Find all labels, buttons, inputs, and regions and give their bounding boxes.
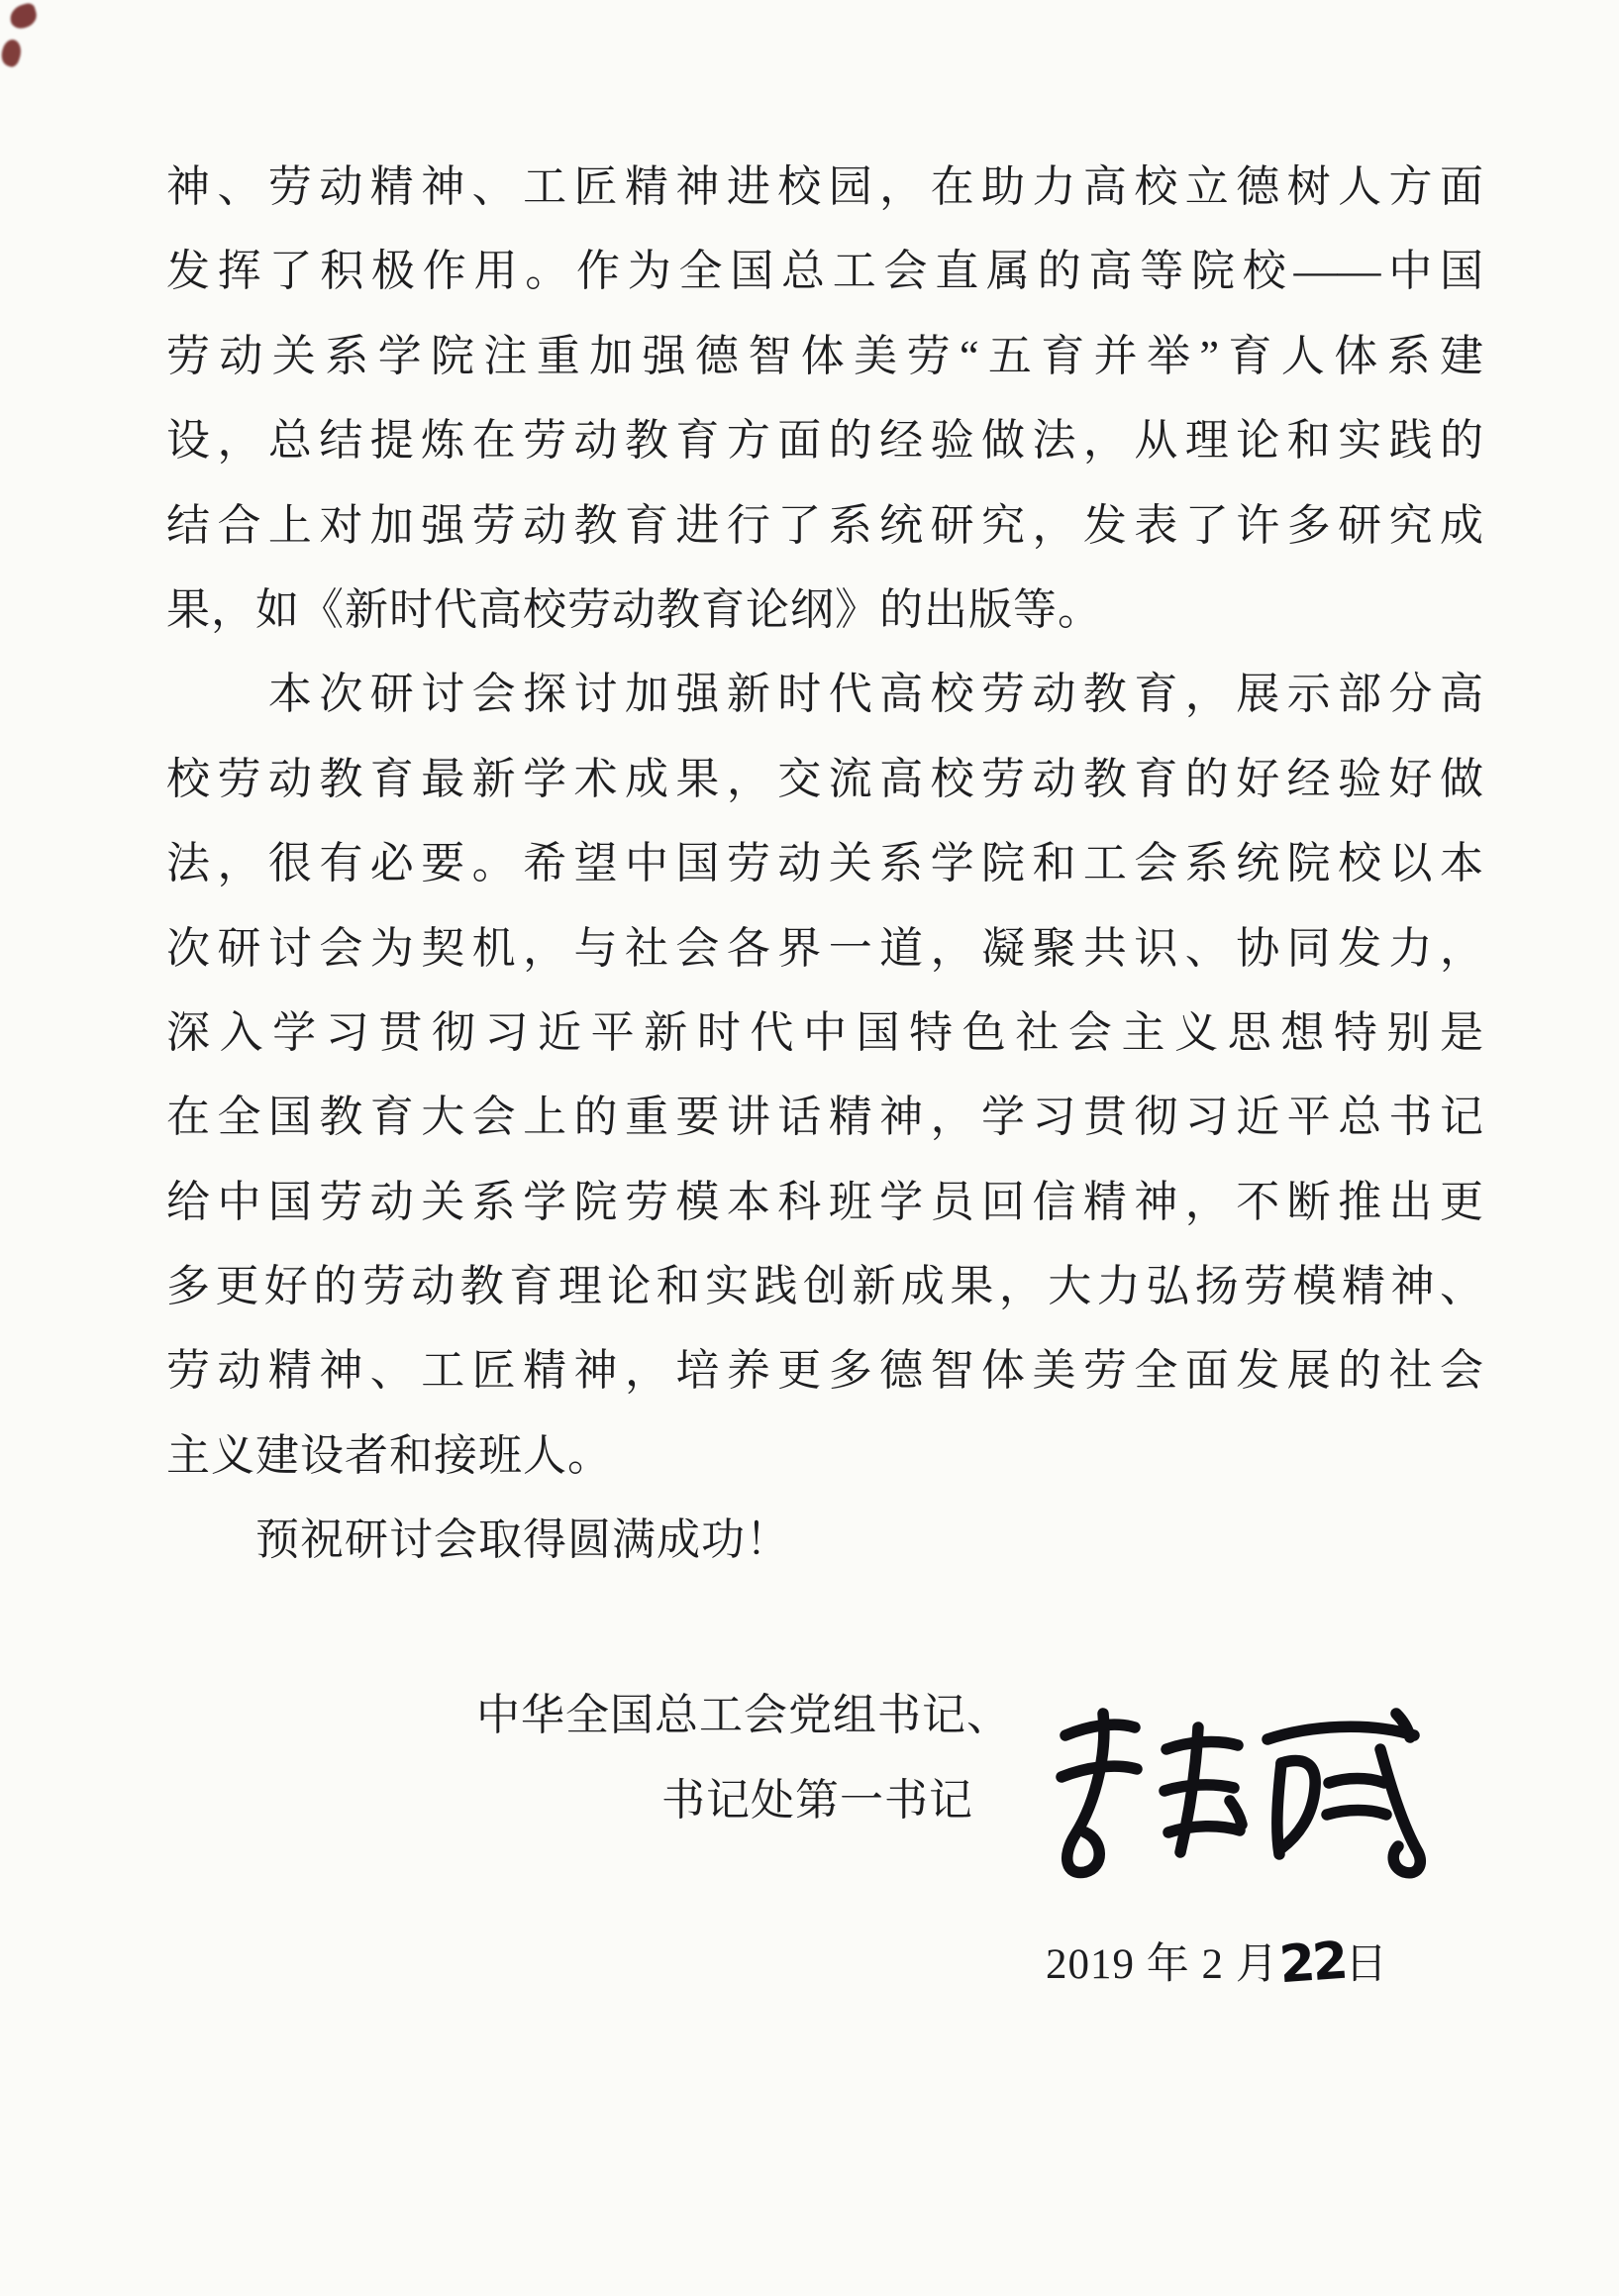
date-prefix: 2019 年 2 月 [1046,1941,1279,1988]
body-line: 劳动精神、工匠精神，培养更多德智体美劳全面发展的社会 [166,1328,1483,1412]
handwritten-day: 22 [1277,1931,1347,1995]
body-line: 次研讨会为契机，与社会各界一道，凝聚共识、协同发力， [166,906,1483,991]
body-line: 深入学习贯彻习近平新时代中国特色社会主义思想特别是 [166,991,1483,1075]
body-line: 多更好的劳动教育理论和实践创新成果，大力弘扬劳模精神、 [166,1244,1483,1328]
body-line: 在全国教育大会上的重要讲话精神，学习贯彻习近平总书记 [166,1075,1483,1159]
body-line: 主义建设者和接班人。 [166,1413,1483,1498]
body-line: 本次研讨会探讨加强新时代高校劳动教育，展示部分高 [166,652,1483,736]
letter-body: 神、劳动精神、工匠精神进校园，在助力高校立德树人方面发挥了积极作用。作为全国总工… [166,145,1483,1583]
letter-page: 神、劳动精神、工匠精神进校园，在助力高校立德树人方面发挥了积极作用。作为全国总工… [0,0,1619,2296]
body-line: 劳动关系学院注重加强德智体美劳“五育并举”育人体系建 [166,314,1483,398]
signature-strokes [1032,1706,1428,1904]
handwritten-signature [1032,1706,1428,1904]
date-suffix: 日 [1345,1941,1388,1988]
body-line: 预祝研讨会取得圆满成功！ [166,1498,1483,1582]
body-line: 神、劳动精神、工匠精神进校园，在助力高校立德树人方面 [166,145,1483,229]
date-line: 2019 年 2 月22日 [1046,1931,1388,1995]
body-line: 设，总结提炼在劳动教育方面的经验做法，从理论和实践的 [166,398,1483,482]
signer-title-line1: 中华全国总工会党组书记、 [476,1684,1011,1747]
scan-artifact [7,2,39,32]
body-line: 校劳动教育最新学术成果，交流高校劳动教育的好经验好做 [166,737,1483,821]
body-line: 结合上对加强劳动教育进行了系统研究，发表了许多研究成 [166,483,1483,568]
scan-artifact [0,38,25,69]
signer-title-line2: 书记处第一书记 [661,1769,973,1832]
body-line: 给中国劳动关系学院劳模本科班学员回信精神，不断推出更 [166,1160,1483,1244]
body-line: 果，如《新时代高校劳动教育论纲》的出版等。 [166,568,1483,652]
body-line: 发挥了积极作用。作为全国总工会直属的高等院校——中国 [166,229,1483,313]
body-line: 法，很有必要。希望中国劳动关系学院和工会系统院校以本 [166,821,1483,905]
